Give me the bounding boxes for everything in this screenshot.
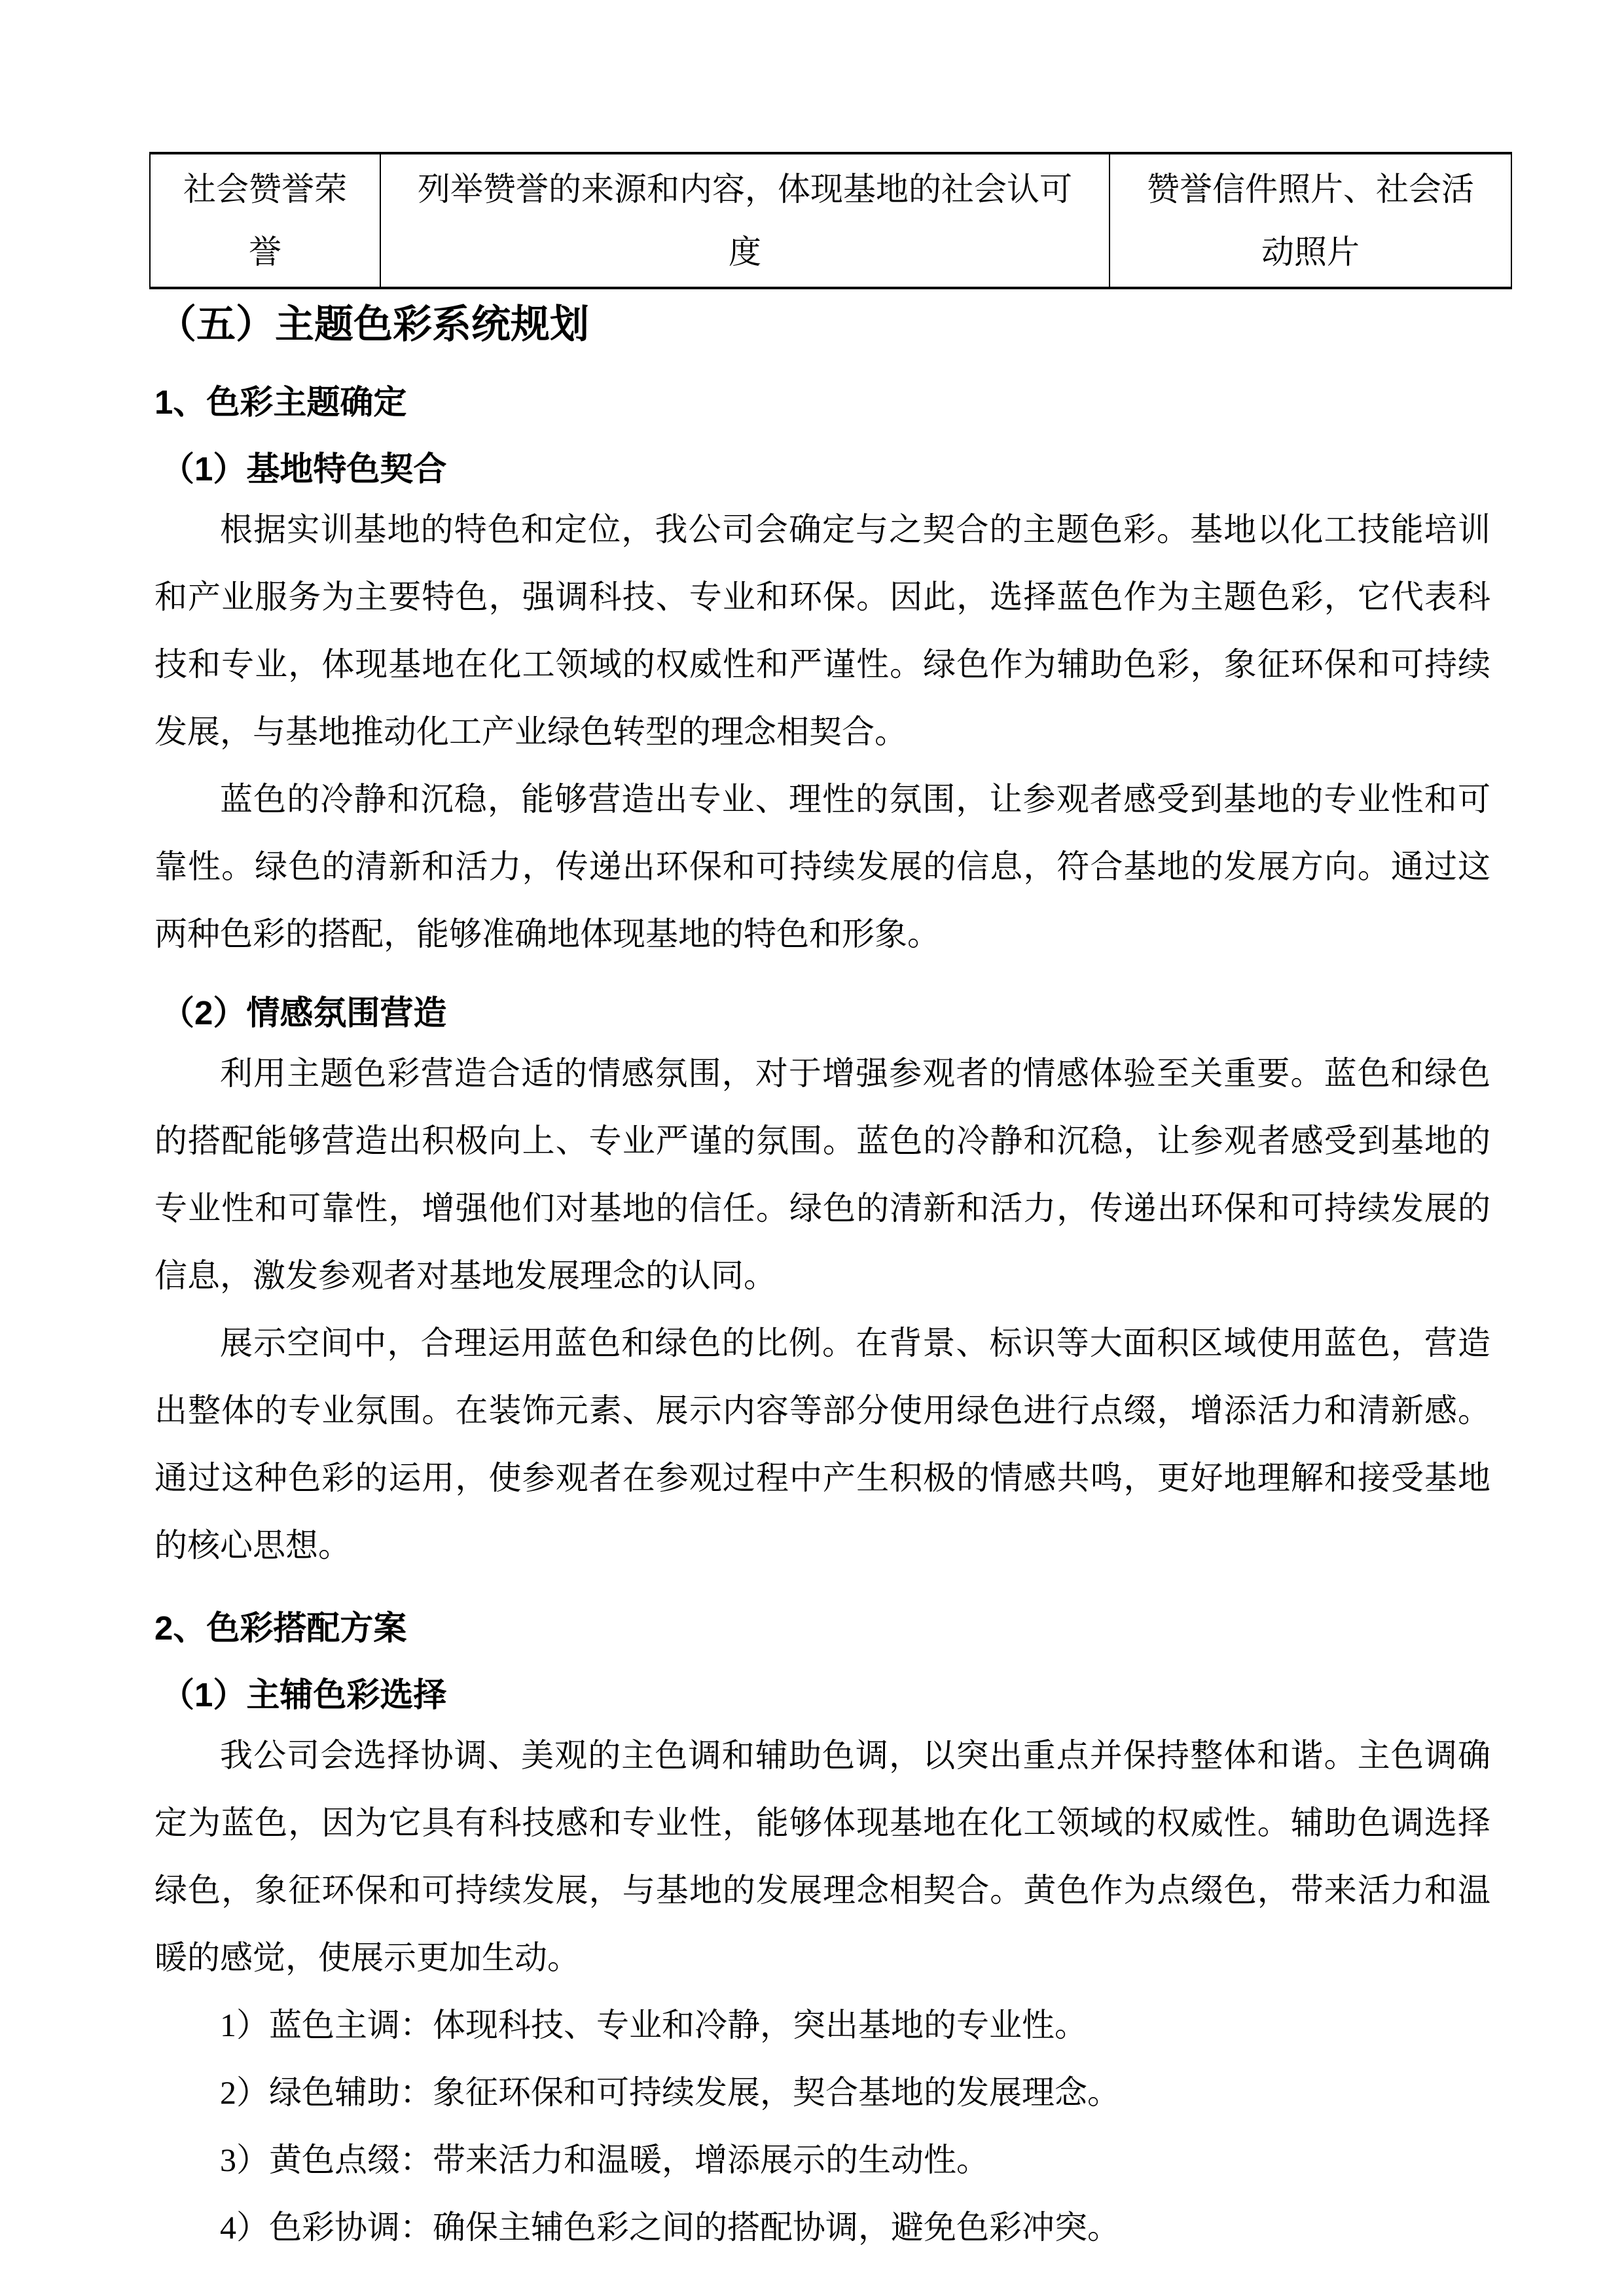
list-item-green-secondary: 2）绿色辅助：象征环保和可持续发展，契合基地的发展理念。: [154, 2059, 1490, 2126]
paragraph: 利用主题色彩营造合适的情感氛围，对于增强参观者的情感体验至关重要。蓝色和绿色的搭…: [154, 1040, 1490, 1310]
paragraph: 根据实训基地的特色和定位，我公司会确定与之契合的主题色彩。基地以化工技能培训和产…: [154, 496, 1490, 766]
subsection-heading-emotional-atmosphere: （2）情感氛围营造: [161, 992, 1490, 1035]
chapter-heading: （五）主题色彩系统规划: [157, 296, 1490, 353]
table-row: 社会赞誉荣誉 列举赞誉的来源和内容，体现基地的社会认可度 赞誉信件照片、社会活动…: [150, 153, 1511, 288]
paragraph: 展示空间中，合理运用蓝色和绿色的比例。在背景、标识等大面积区域使用蓝色，营造出整…: [154, 1310, 1490, 1579]
subsection-heading-primary-secondary-colors: （1）主辅色彩选择: [161, 1674, 1490, 1717]
section-heading-color-theme: 1、色彩主题确定: [154, 381, 1490, 424]
document-page: 社会赞誉荣誉 列举赞誉的来源和内容，体现基地的社会认可度 赞誉信件照片、社会活动…: [0, 0, 1624, 2296]
table-cell-honor-description: 列举赞誉的来源和内容，体现基地的社会认可度: [380, 153, 1110, 288]
paragraph: 我公司会选择协调、美观的主色调和辅助色调，以突出重点并保持整体和谐。主色调确定为…: [154, 1722, 1490, 1992]
table-cell-honor-materials: 赞誉信件照片、社会活动照片: [1110, 153, 1511, 288]
list-item-yellow-accent: 3）黄色点缀：带来活力和温暖，增添展示的生动性。: [154, 2126, 1490, 2194]
table-cell-honor-name: 社会赞誉荣誉: [150, 153, 380, 288]
paragraph: 蓝色的冷静和沉稳，能够营造出专业、理性的氛围，让参观者感受到基地的专业性和可靠性…: [154, 766, 1490, 968]
honor-table: 社会赞誉荣誉 列举赞誉的来源和内容，体现基地的社会认可度 赞誉信件照片、社会活动…: [149, 152, 1512, 289]
list-item-color-coordination: 4）色彩协调：确保主辅色彩之间的搭配协调，避免色彩冲突。: [154, 2194, 1490, 2261]
section-heading-color-scheme: 2、色彩搭配方案: [154, 1607, 1490, 1650]
subsection-heading-base-features: （1）基地特色契合: [161, 448, 1490, 491]
list-item-blue-primary: 1）蓝色主调：体现科技、专业和冷静，突出基地的专业性。: [154, 1992, 1490, 2059]
